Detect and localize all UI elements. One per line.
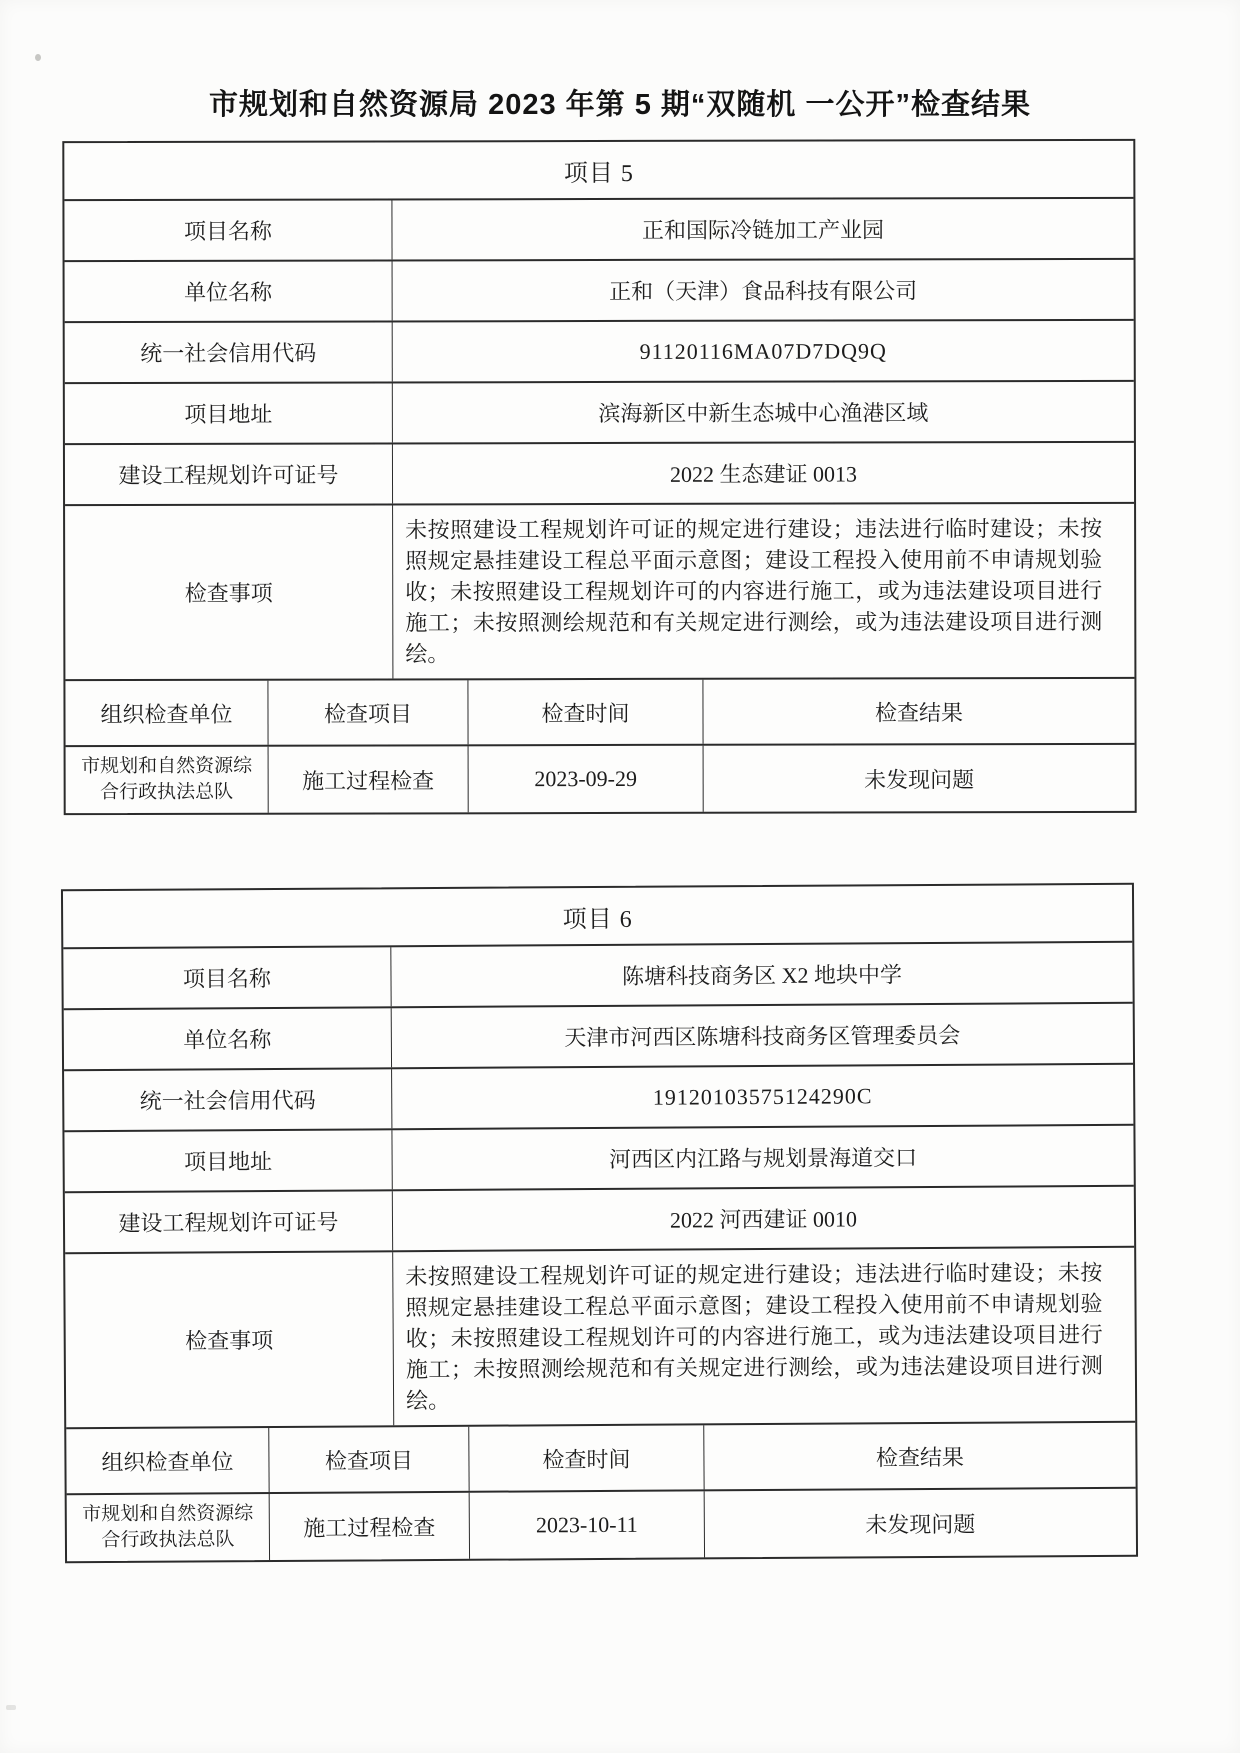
- org-unit-header: 组织检查单位: [65, 681, 267, 745]
- table-row: 统一社会信用代码 19120103575124290C: [64, 1063, 1133, 1131]
- inspection-project-value: 施工过程检查: [269, 1493, 469, 1560]
- table-row: 建设工程规划许可证号 2022 河西建证 0010: [65, 1185, 1134, 1253]
- document-title: 市规划和自然资源局 2023 年第 5 期“双随机 一公开”检查结果: [0, 0, 1240, 123]
- table-header-project-5: 项目 5: [64, 141, 1133, 199]
- inspection-items-label: 检查事项: [65, 1252, 393, 1427]
- credit-code-label: 统一社会信用代码: [65, 322, 392, 382]
- inspection-time-value: 2023-09-29: [468, 746, 703, 812]
- inspection-items-label: 检查事项: [65, 505, 392, 679]
- table-footer-header-row: 组织检查单位 检查项目 检查时间 检查结果: [65, 677, 1134, 745]
- inspection-result-value: 未发现问题: [704, 1489, 1136, 1558]
- unit-name-value: 天津市河西区陈塘科技商务区管理委员会: [391, 1004, 1133, 1068]
- project-name-label: 项目名称: [64, 200, 391, 260]
- permit-no-label: 建设工程规划许可证号: [65, 1191, 392, 1252]
- inspection-time-header: 检查时间: [468, 1425, 703, 1490]
- permit-no-value: 2022 生态建证 0013: [392, 443, 1134, 504]
- credit-code-value: 91120116MA07D7DQ9Q: [392, 321, 1134, 382]
- table-row: 项目名称 正和国际冷链加工产业园: [64, 197, 1133, 260]
- project-address-label: 项目地址: [65, 383, 392, 443]
- unit-name-label: 单位名称: [65, 261, 392, 321]
- table-footer-data-row: 市规划和自然资源综合行政执法总队 施工过程检查 2023-09-29 未发现问题: [66, 743, 1135, 813]
- inspection-time-value: 2023-10-11: [469, 1491, 704, 1558]
- project-5-table: 项目 5 项目名称 正和国际冷链加工产业园 单位名称 正和（天津）食品科技有限公…: [62, 139, 1136, 815]
- scan-artifact-speck: [6, 1705, 16, 1710]
- org-unit-header: 组织检查单位: [66, 1428, 268, 1493]
- table-row: 建设工程规划许可证号 2022 生态建证 0013: [65, 441, 1134, 504]
- table-row: 统一社会信用代码 91120116MA07D7DQ9Q: [65, 319, 1134, 382]
- unit-name-value: 正和（天津）食品科技有限公司: [392, 260, 1134, 321]
- inspection-items-value: 未按照建设工程规划许可证的规定进行建设；违法进行临时建设；未按照规定悬挂建设工程…: [392, 1248, 1135, 1426]
- table-footer-header-row: 组织检查单位 检查项目 检查时间 检查结果: [66, 1421, 1135, 1494]
- inspection-project-header: 检查项目: [268, 1427, 468, 1492]
- table-footer-data-row: 市规划和自然资源综合行政执法总队 施工过程检查 2023-10-11 未发现问题: [67, 1487, 1136, 1562]
- table-row: 项目名称 陈塘科技商务区 X2 地块中学: [63, 941, 1132, 1009]
- table-row: 单位名称 正和（天津）食品科技有限公司: [65, 258, 1134, 321]
- table-row: 检查事项 未按照建设工程规划许可证的规定进行建设；违法进行临时建设；未按照规定悬…: [65, 1246, 1135, 1428]
- org-unit-value: 市规划和自然资源综合行政执法总队: [67, 1494, 269, 1561]
- scan-artifact-speck: [35, 54, 41, 61]
- project-name-value: 正和国际冷链加工产业园: [391, 199, 1133, 260]
- inspection-time-header: 检查时间: [467, 680, 702, 744]
- credit-code-label: 统一社会信用代码: [64, 1069, 391, 1130]
- table-row: 项目地址 滨海新区中新生态城中心渔港区域: [65, 380, 1134, 443]
- table-header-project-6: 项目 6: [63, 885, 1132, 948]
- unit-name-label: 单位名称: [64, 1008, 391, 1069]
- scanned-document-page: 市规划和自然资源局 2023 年第 5 期“双随机 一公开”检查结果 项目 5 …: [0, 0, 1240, 1753]
- permit-no-label: 建设工程规划许可证号: [65, 444, 392, 504]
- inspection-result-header: 检查结果: [702, 679, 1134, 744]
- permit-no-value: 2022 河西建证 0010: [392, 1187, 1134, 1251]
- inspection-items-value: 未按照建设工程规划许可证的规定进行建设；违法进行临时建设；未按照规定悬挂建设工程…: [392, 504, 1134, 679]
- project-address-label: 项目地址: [64, 1130, 391, 1191]
- org-unit-value: 市规划和自然资源综合行政执法总队: [66, 747, 268, 813]
- project-name-label: 项目名称: [63, 947, 390, 1008]
- table-row: 检查事项 未按照建设工程规划许可证的规定进行建设；违法进行临时建设；未按照规定悬…: [65, 502, 1134, 679]
- table-row: 单位名称 天津市河西区陈塘科技商务区管理委员会: [64, 1002, 1133, 1070]
- project-name-value: 陈塘科技商务区 X2 地块中学: [390, 943, 1132, 1007]
- inspection-result-value: 未发现问题: [703, 745, 1135, 812]
- credit-code-value: 19120103575124290C: [391, 1065, 1133, 1129]
- project-address-value: 滨海新区中新生态城中心渔港区域: [392, 382, 1134, 443]
- inspection-result-header: 检查结果: [703, 1423, 1135, 1490]
- inspection-project-value: 施工过程检查: [268, 746, 468, 812]
- table-row: 项目地址 河西区内江路与规划景海道交口: [64, 1124, 1133, 1192]
- inspection-project-header: 检查项目: [267, 680, 467, 744]
- project-address-value: 河西区内江路与规划景海道交口: [391, 1126, 1133, 1190]
- project-6-table: 项目 6 项目名称 陈塘科技商务区 X2 地块中学 单位名称 天津市河西区陈塘科…: [61, 883, 1138, 1564]
